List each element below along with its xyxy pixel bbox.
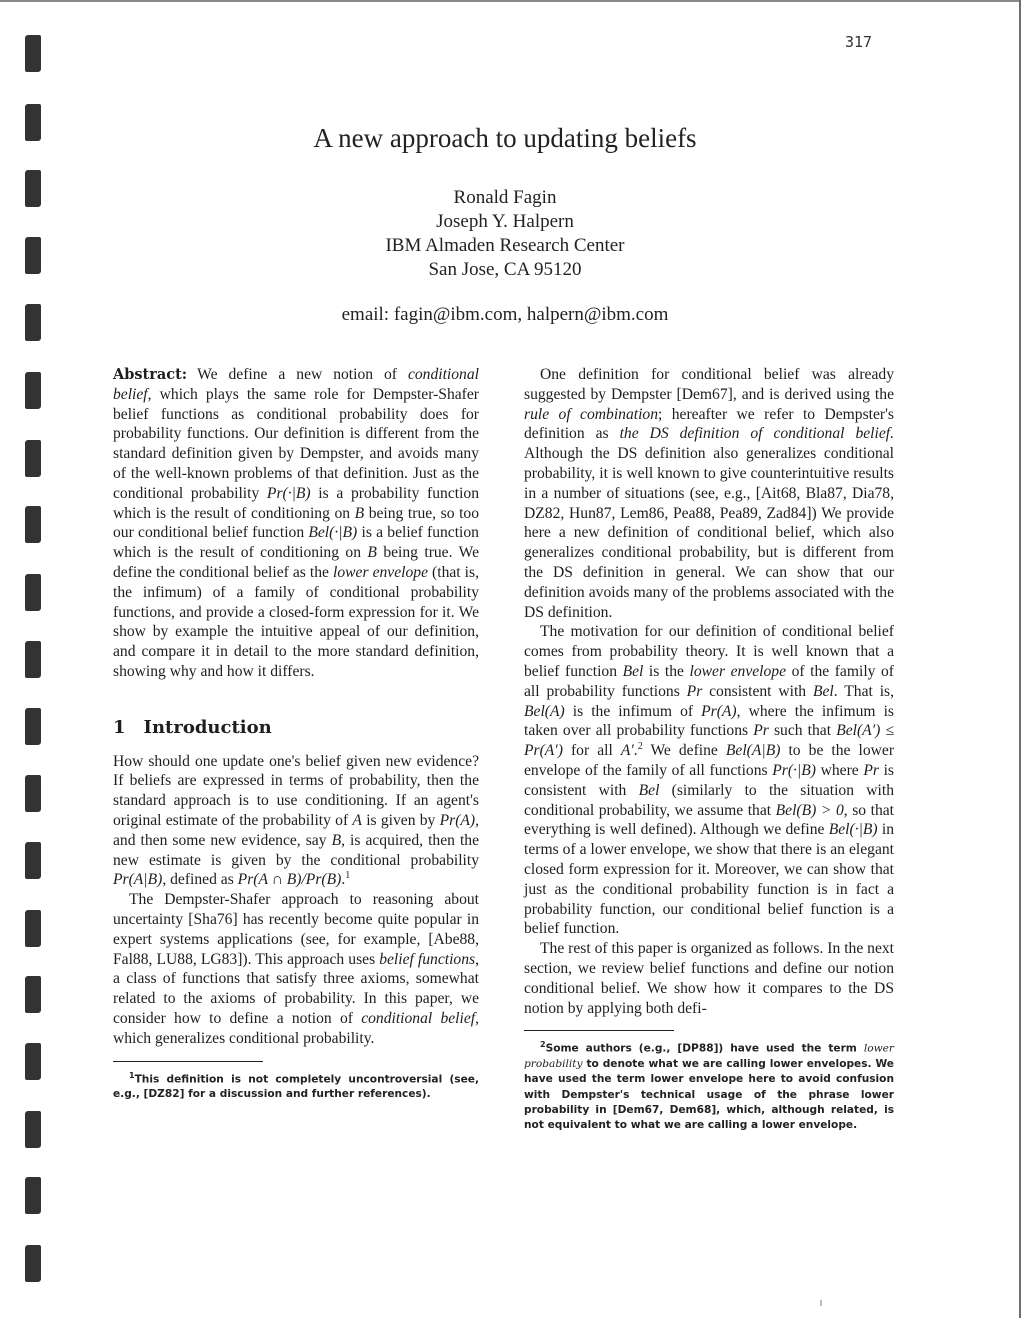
author-name: Joseph Y. Halpern <box>0 210 1010 234</box>
binding-hole-mark-icon <box>25 641 41 678</box>
author-email: email: fagin@ibm.com, halpern@ibm.com <box>0 304 1010 326</box>
binding-hole-mark-icon <box>25 1245 41 1282</box>
binding-hole-mark-icon <box>25 1043 41 1080</box>
binding-hole-mark-icon <box>25 775 41 812</box>
author-name: Ronald Fagin <box>0 186 1010 210</box>
right-column: One definition for conditional belief wa… <box>524 365 894 1134</box>
author-affiliation: IBM Almaden Research Center <box>0 234 1010 258</box>
abstract: Abstract:We define a new notion of condi… <box>113 365 479 682</box>
paragraph: The Dempster-Shafer approach to reasonin… <box>113 890 479 1048</box>
author-block: Ronald Fagin Joseph Y. Halpern IBM Almad… <box>0 186 1010 282</box>
left-column: Abstract:We define a new notion of condi… <box>113 365 479 1103</box>
paper-title: A new approach to updating beliefs <box>0 123 1010 154</box>
paragraph: The rest of this paper is organized as f… <box>524 939 894 1018</box>
binding-hole-mark-icon <box>25 910 41 947</box>
binding-hole-mark-icon <box>25 1177 41 1214</box>
paragraph: One definition for conditional belief wa… <box>524 365 894 622</box>
page-border-right <box>1019 0 1021 1318</box>
binding-hole-mark-icon <box>25 1111 41 1148</box>
binding-hole-mark-icon <box>25 440 41 477</box>
section-heading: 1Introduction <box>113 718 479 738</box>
section-title: Introduction <box>144 717 272 738</box>
section-number: 1 <box>113 717 126 738</box>
abstract-label: Abstract: <box>113 366 187 383</box>
page-border-top <box>0 0 1020 2</box>
page-number: 317 <box>845 33 872 51</box>
footnote-divider <box>113 1061 263 1062</box>
paragraph: How should one update one's belief given… <box>113 752 479 891</box>
binding-hole-mark-icon <box>25 372 41 409</box>
footnote-divider <box>524 1030 674 1031</box>
author-address: San Jose, CA 95120 <box>0 258 1010 282</box>
footnote: 1This definition is not completely uncon… <box>113 1068 479 1103</box>
scan-speck <box>820 1300 822 1306</box>
footnote: 2Some authors (e.g., [DP88]) have used t… <box>524 1037 894 1133</box>
binding-hole-mark-icon <box>25 708 41 745</box>
binding-hole-mark-icon <box>25 976 41 1013</box>
binding-hole-mark-icon <box>25 35 41 72</box>
binding-hole-mark-icon <box>25 842 41 879</box>
paragraph: The motivation for our definition of con… <box>524 622 894 939</box>
binding-hole-mark-icon <box>25 574 41 611</box>
binding-hole-mark-icon <box>25 506 41 543</box>
footnote-ref: 1 <box>345 870 350 881</box>
